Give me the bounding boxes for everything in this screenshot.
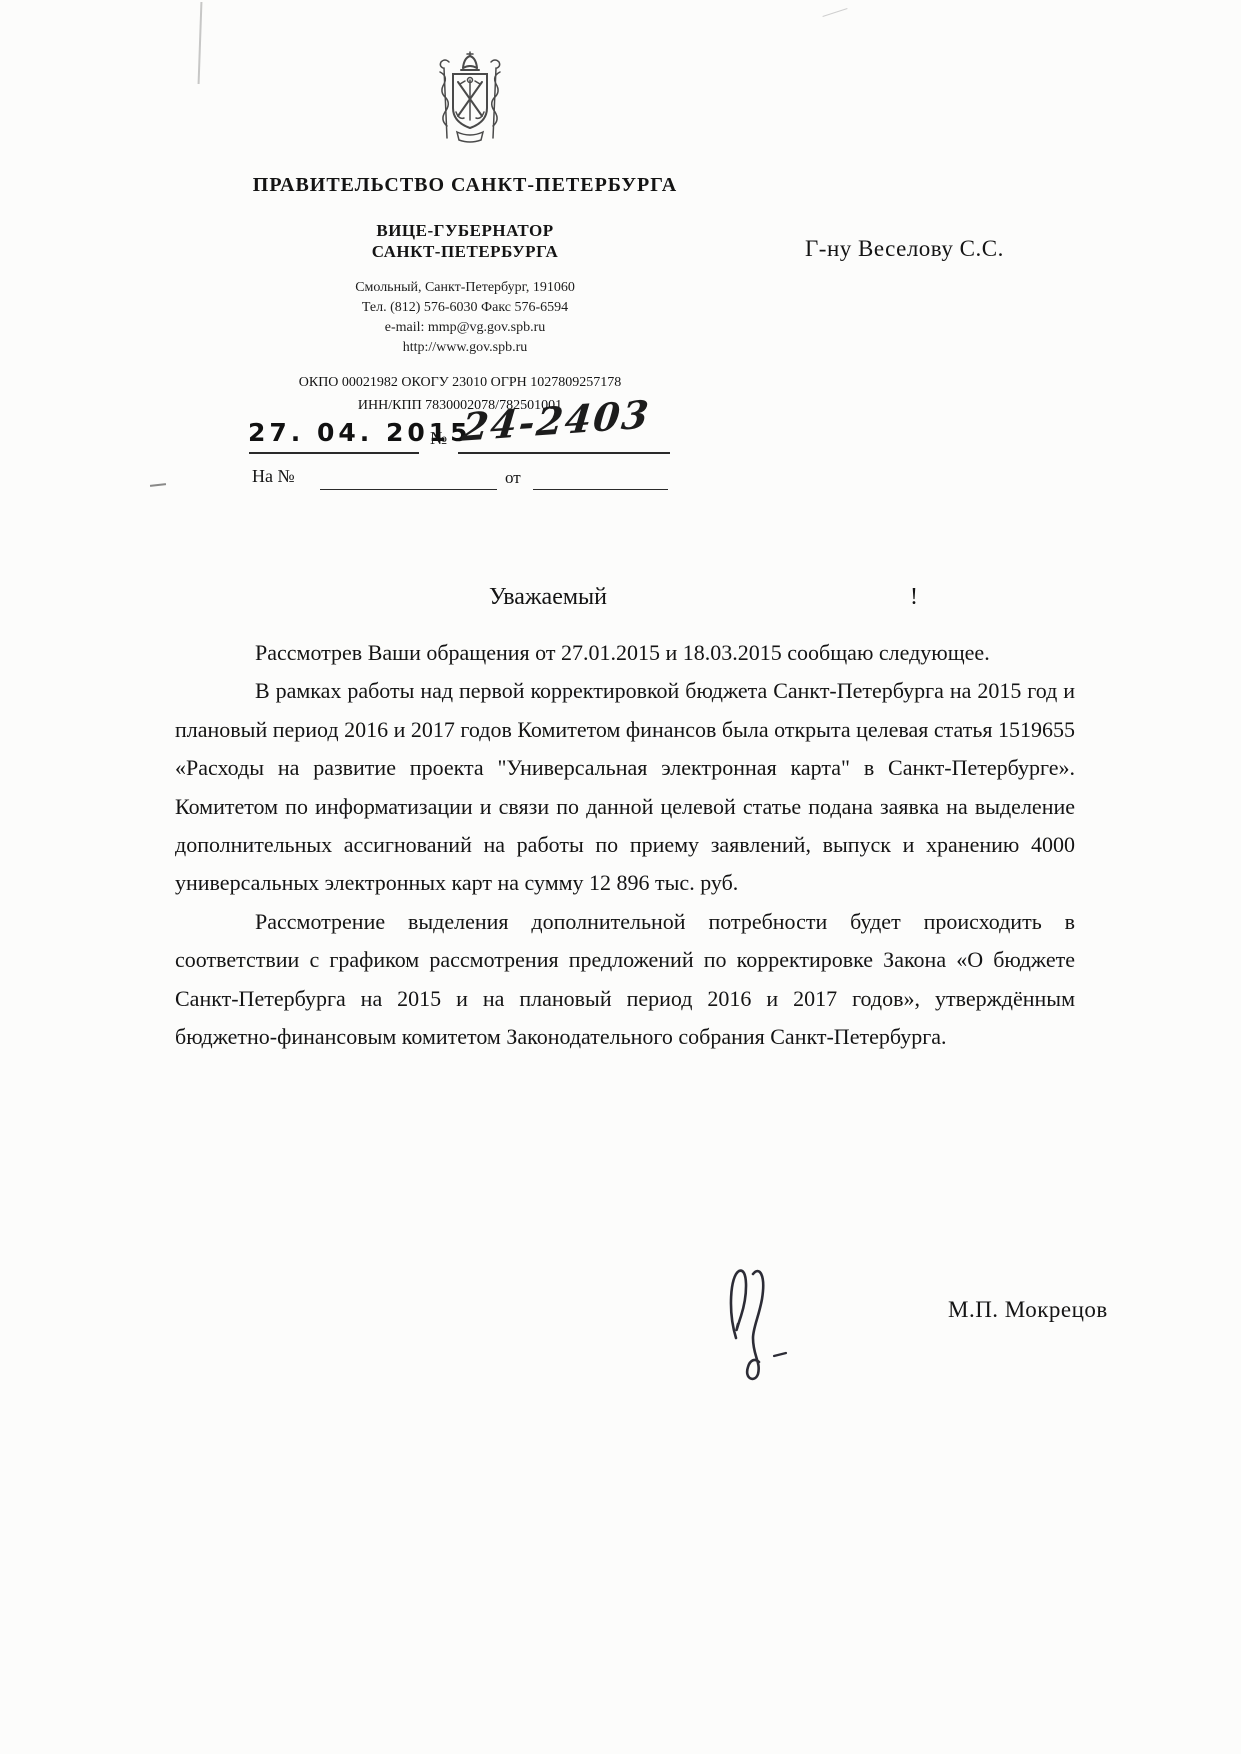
addressee: Г-ну Веселову С.С.: [805, 236, 1004, 262]
scanned-letter-page: ПРАВИТЕЛЬСТВО САНКТ-ПЕТЕРБУРГА ВИЦЕ-ГУБЕ…: [0, 0, 1241, 1754]
office-title: ВИЦЕ-ГУБЕРНАТОР САНКТ-ПЕТЕРБУРГА: [185, 220, 745, 262]
phone-fax: Тел. (812) 576-6030 Факс 576-6594: [185, 298, 745, 318]
email-line: e-mail: mmp@vg.gov.spb.ru: [185, 318, 745, 338]
scan-artifact-line: [198, 2, 203, 84]
okpo-line: ОКПО 00021982 ОКОГУ 23010 ОГРН 102780925…: [175, 371, 745, 394]
scan-artifact-swash: [822, 8, 847, 17]
handwritten-signature-icon: [722, 1266, 794, 1384]
reply-date-blank: [533, 489, 668, 490]
inn-kpp-line: ИНН/КПП 7830002078/782501001: [175, 394, 745, 417]
office-title-line1: ВИЦЕ-ГУБЕРНАТОР: [185, 220, 745, 241]
contact-block: Смольный, Санкт-Петербург, 191060 Тел. (…: [185, 278, 745, 358]
spb-coat-of-arms-icon: [423, 50, 517, 154]
signer-name: М.П. Мокрецов: [948, 1297, 1108, 1323]
postal-address: Смольный, Санкт-Петербург, 191060: [185, 278, 745, 298]
number-underline: [458, 452, 670, 454]
date-underline: [249, 452, 419, 454]
website-line: http://www.gov.spb.ru: [185, 338, 745, 358]
government-title: ПРАВИТЕЛЬСТВО САНКТ-ПЕТЕРБУРГА: [185, 174, 745, 197]
paragraph-3: Рассмотрение выделения дополнительной по…: [175, 903, 1075, 1057]
reply-from-label: от: [505, 468, 521, 488]
salutation-exclamation: !: [910, 584, 918, 611]
paragraph-1: Рассмотрев Ваши обращения от 27.01.2015 …: [175, 634, 1075, 672]
office-title-line2: САНКТ-ПЕТЕРБУРГА: [185, 241, 745, 262]
registry-block: ОКПО 00021982 ОКОГУ 23010 ОГРН 102780925…: [175, 371, 745, 417]
reply-to-label: На №: [252, 466, 295, 487]
letter-body: Рассмотрев Ваши обращения от 27.01.2015 …: [175, 634, 1075, 1056]
salutation-prefix: Уважаемый: [489, 584, 607, 611]
reply-number-blank: [320, 489, 497, 490]
scan-artifact-dash: [150, 483, 166, 487]
paragraph-2: В рамках работы над первой корректировко…: [175, 672, 1075, 902]
number-sign: №: [430, 428, 447, 449]
